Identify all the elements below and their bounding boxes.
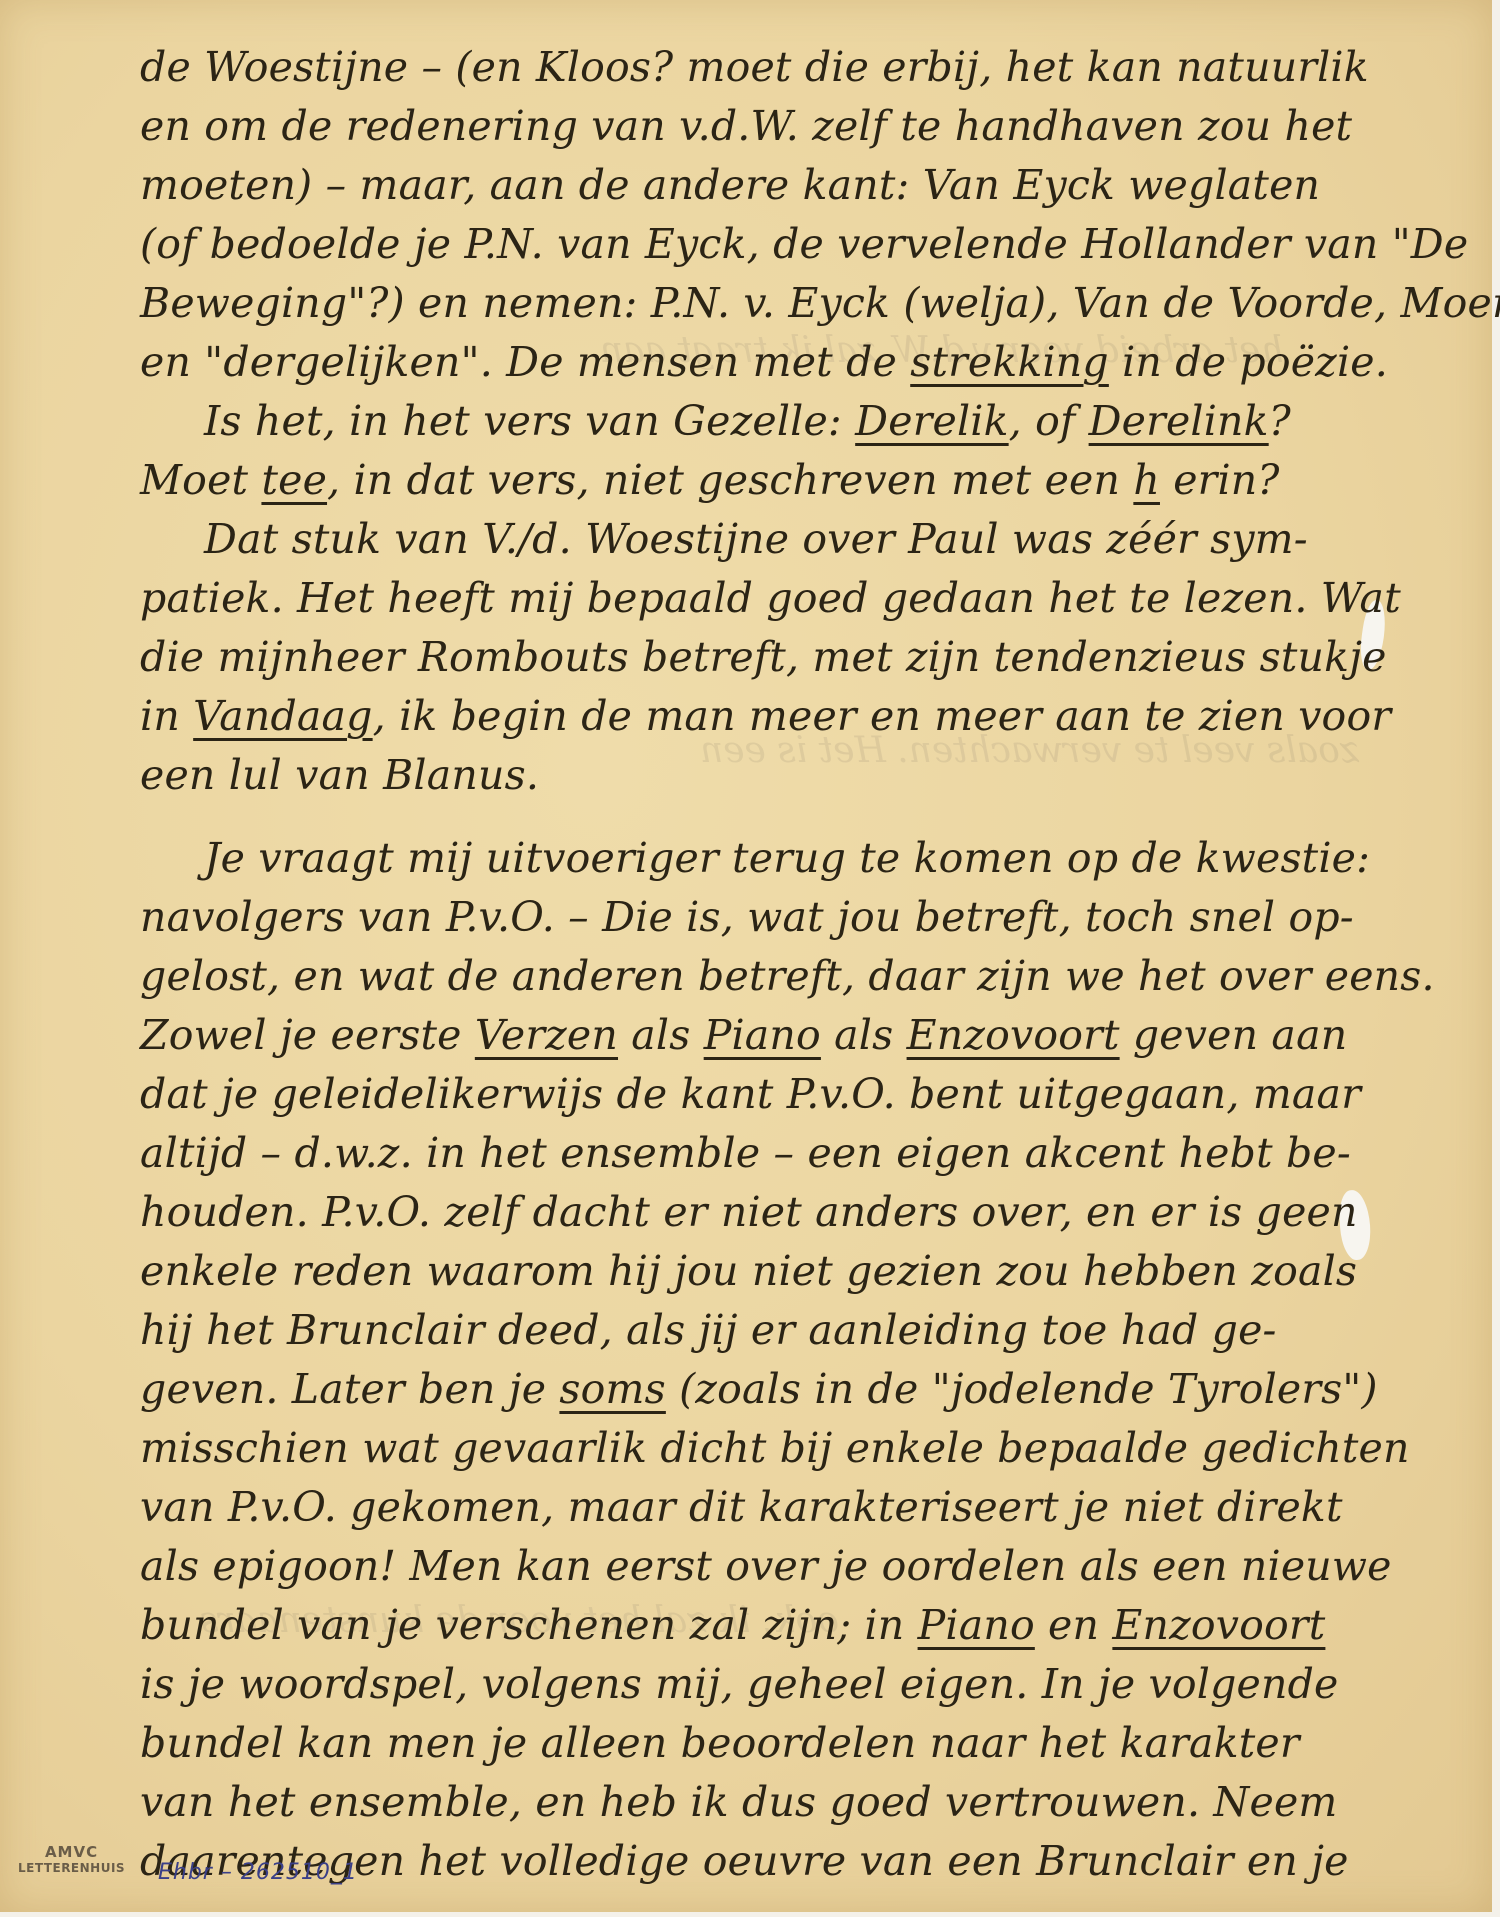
stamp-line-letterenhuis: LETTERENHUIS bbox=[18, 1861, 125, 1875]
underlined-word: strekking bbox=[910, 338, 1109, 386]
text-line: Je vraagt mij uitvoeriger terug te komen… bbox=[140, 829, 1470, 888]
underlined-word: Vandaag bbox=[193, 692, 372, 740]
text-line: die mijnheer Rombouts betreft, met zijn … bbox=[140, 628, 1470, 687]
text-line: enkele reden waarom hij jou niet gezien … bbox=[140, 1242, 1470, 1301]
text-line: en om de redenering van v.d.W. zelf te h… bbox=[140, 97, 1470, 156]
text-line: Beweging"?) en nemen: P.N. v. Eyck (welj… bbox=[140, 274, 1470, 333]
text-line: navolgers van P.v.O. – Die is, wat jou b… bbox=[140, 888, 1470, 947]
text-line: bundel kan men je alleen beoordelen naar… bbox=[140, 1714, 1470, 1773]
underlined-word: Derelink bbox=[1089, 397, 1269, 445]
text-line: gelost, en wat de anderen betreft, daar … bbox=[140, 947, 1470, 1006]
stamp-line-amvc: AMVC bbox=[18, 1843, 125, 1861]
text-line: een lul van Blanus. bbox=[140, 746, 1470, 805]
underlined-word: Verzen bbox=[475, 1011, 618, 1059]
text-line: altijd – d.w.z. in het ensemble – een ei… bbox=[140, 1124, 1470, 1183]
archive-stamp: AMVC LETTERENHUIS bbox=[18, 1843, 125, 1875]
text-line: de Woestijne – (en Kloos? moet die erbij… bbox=[140, 38, 1470, 97]
text-line: van het ensemble, en heb ik dus goed ver… bbox=[140, 1773, 1470, 1832]
text-line: patiek. Het heeft mij bepaald goed gedaa… bbox=[140, 569, 1470, 628]
letter-page: het arbeid voor v.d.W. zal ik tragt aan … bbox=[0, 0, 1492, 1912]
text-line: houden. P.v.O. zelf dacht er niet anders… bbox=[140, 1183, 1470, 1242]
letter-body: de Woestijne – (en Kloos? moet die erbij… bbox=[140, 38, 1470, 1891]
text-line: moeten) – maar, aan de andere kant: Van … bbox=[140, 156, 1470, 215]
archive-number: Ehbr – 262510_1 bbox=[158, 1860, 358, 1885]
text-line: is je woordspel, volgens mij, geheel eig… bbox=[140, 1655, 1470, 1714]
underlined-word: Derelik bbox=[855, 397, 1008, 445]
text-line: Dat stuk van V./d. Woestijne over Paul w… bbox=[140, 510, 1470, 569]
underlined-word: Piano bbox=[918, 1601, 1035, 1649]
text-line: Moet tee, in dat vers, niet geschreven m… bbox=[140, 451, 1470, 510]
text-line: misschien wat gevaarlik dicht bij enkele… bbox=[140, 1419, 1470, 1478]
text-line: Zowel je eerste Verzen als Piano als Enz… bbox=[140, 1006, 1470, 1065]
underlined-word: Piano bbox=[704, 1011, 821, 1059]
text-line: in Vandaag, ik begin de man meer en meer… bbox=[140, 687, 1470, 746]
text-line: dat je geleidelikerwijs de kant P.v.O. b… bbox=[140, 1065, 1470, 1124]
underlined-word: h bbox=[1133, 456, 1160, 504]
underlined-word: soms bbox=[559, 1365, 665, 1413]
underlined-word: Enzovoort bbox=[907, 1011, 1120, 1059]
paragraph-gap bbox=[140, 805, 1470, 829]
underlined-word: tee bbox=[261, 456, 327, 504]
text-line: hij het Brunclair deed, als jij er aanle… bbox=[140, 1301, 1470, 1360]
text-line: bundel van je verschenen zal zijn; in Pi… bbox=[140, 1596, 1470, 1655]
text-line: en "dergelijken". De mensen met de strek… bbox=[140, 333, 1470, 392]
text-line: geven. Later ben je soms (zoals in de "j… bbox=[140, 1360, 1470, 1419]
text-line: Is het, in het vers van Gezelle: Derelik… bbox=[140, 392, 1470, 451]
text-line: (of bedoelde je P.N. van Eyck, de vervel… bbox=[140, 215, 1470, 274]
text-line: van P.v.O. gekomen, maar dit karakterise… bbox=[140, 1478, 1470, 1537]
underlined-word: Enzovoort bbox=[1112, 1601, 1325, 1649]
text-line: als epigoon! Men kan eerst over je oorde… bbox=[140, 1537, 1470, 1596]
